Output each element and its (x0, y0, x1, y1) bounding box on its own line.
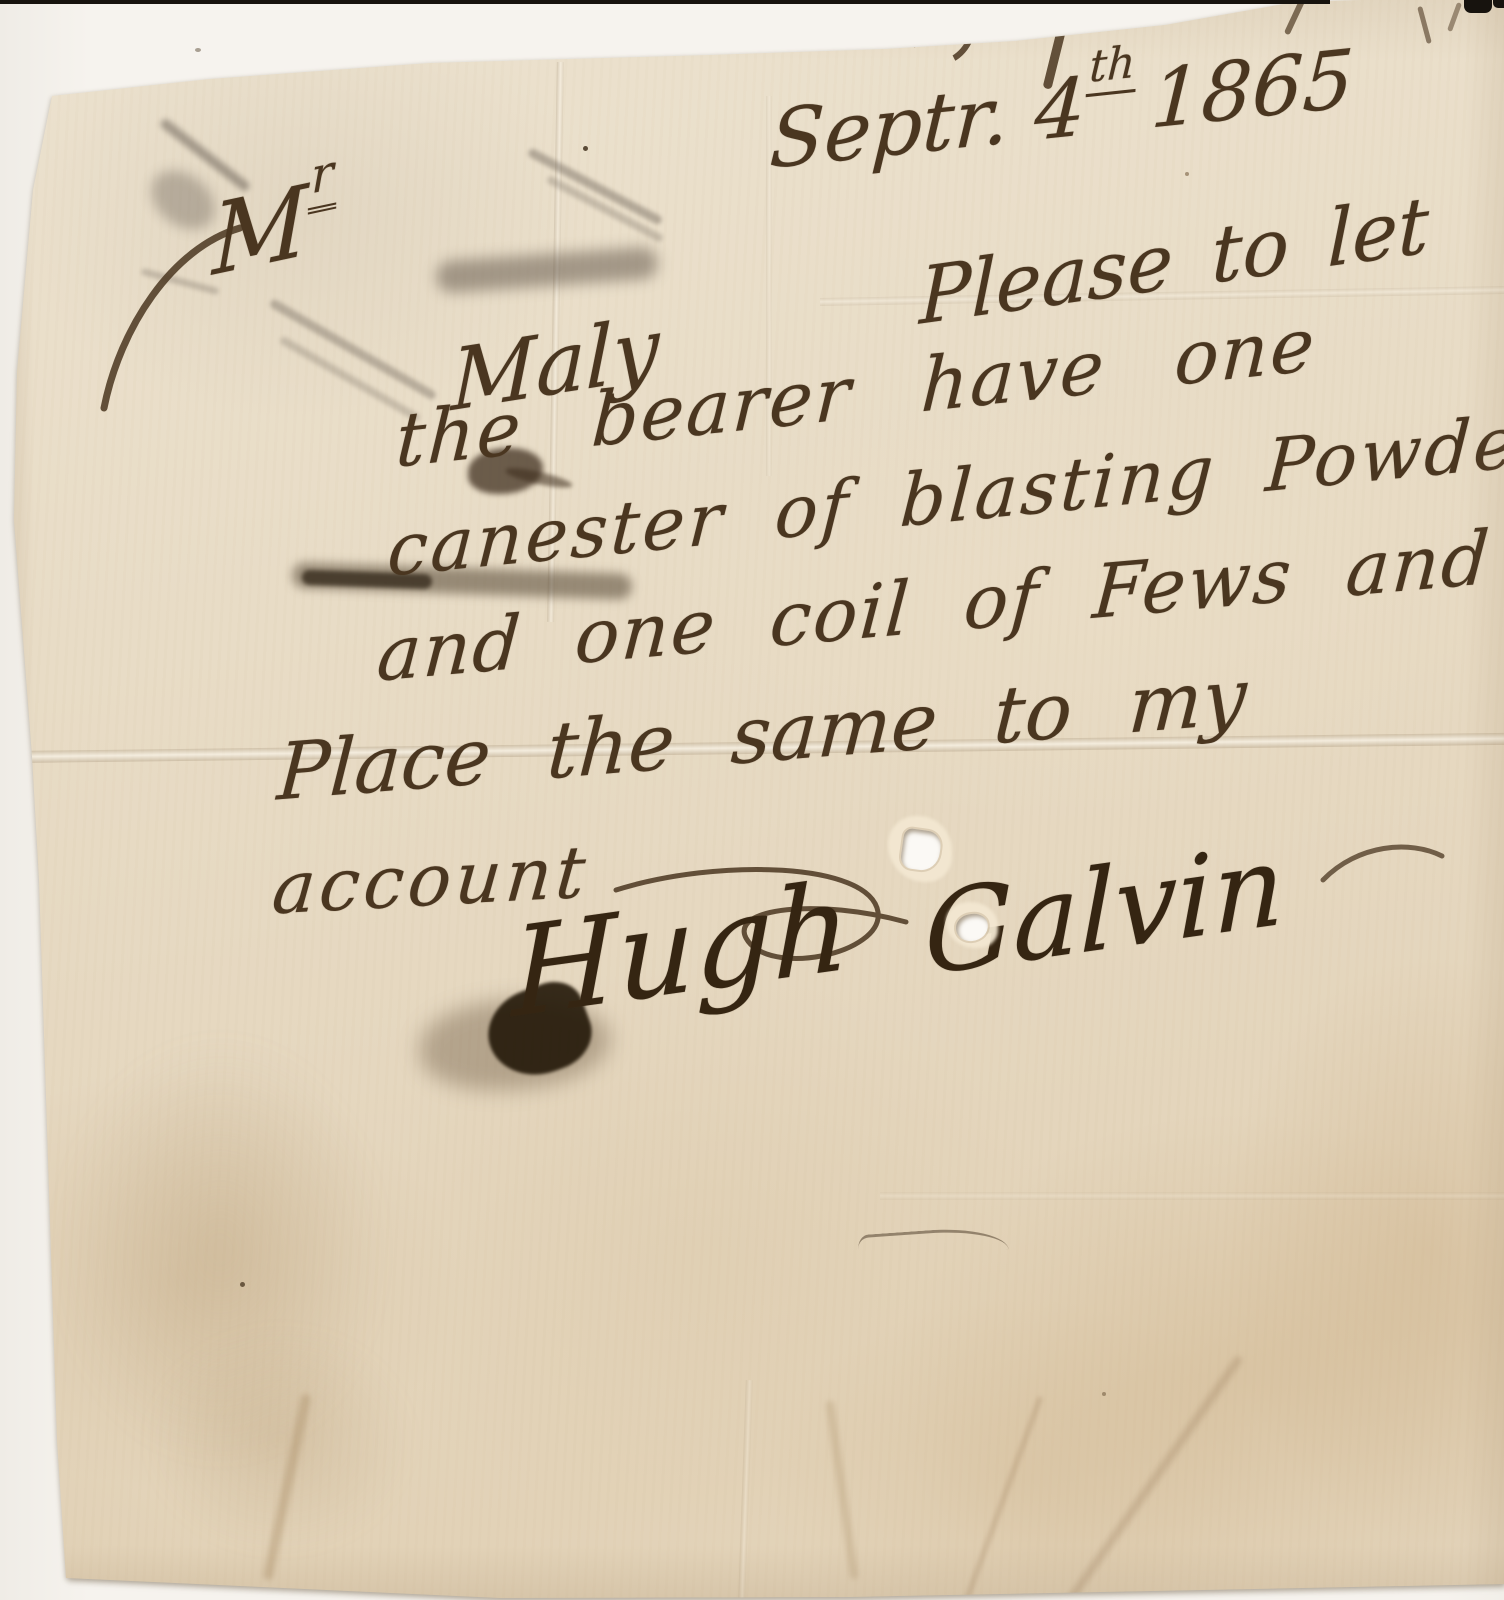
signature-tail-flourish (1318, 832, 1448, 892)
cut-off-pen-stroke-loop (901, 0, 987, 74)
date-ordinal: th (1086, 36, 1139, 97)
scanner-corner-blob (1464, 0, 1492, 13)
cut-off-pen-stroke-4 (1447, 2, 1462, 32)
ink-speck-2 (1185, 172, 1189, 176)
scan-background: Septr.4th1865 Mr Maly Please to let the … (0, 0, 1504, 1600)
body-line-1: Please to let (919, 186, 1430, 337)
ink-speck-3 (240, 1282, 245, 1287)
cut-off-pen-stroke-3 (1417, 6, 1432, 44)
scanner-corner-edge (1493, 0, 1504, 8)
letter-paper: Septr.4th1865 Mr Maly Please to let the … (0, 0, 1504, 1600)
graphite-smudge-2 (527, 147, 664, 225)
salutation: Mr (212, 166, 336, 291)
ink-speck-1 (583, 146, 588, 151)
ink-speck-4 (1102, 1392, 1106, 1396)
stain-vein-2 (826, 1400, 859, 1579)
cut-off-pen-stroke-2 (1284, 0, 1306, 35)
scanner-top-strip (0, 0, 1330, 4)
pencil-squiggle (857, 1225, 1008, 1260)
ink-smudge-bar (435, 246, 659, 293)
date-line: Septr.4th1865 (768, 39, 1356, 181)
crease-bottom-diagonal-2 (963, 1396, 1044, 1600)
fold-crease-horizontal-lower (880, 1192, 1504, 1200)
crease-bottom-diagonal-1 (1065, 1355, 1244, 1600)
paper-shadow: Septr.4th1865 Mr Maly Please to let the … (0, 0, 1504, 1600)
date-day: 4 (1032, 60, 1088, 159)
crease-bottom-vertical (738, 1380, 753, 1600)
salutation-superscript: r (308, 143, 336, 214)
date-year: 1865 (1149, 32, 1356, 147)
salutation-initial: M (212, 163, 308, 298)
date-month: Septr. (767, 68, 1011, 187)
